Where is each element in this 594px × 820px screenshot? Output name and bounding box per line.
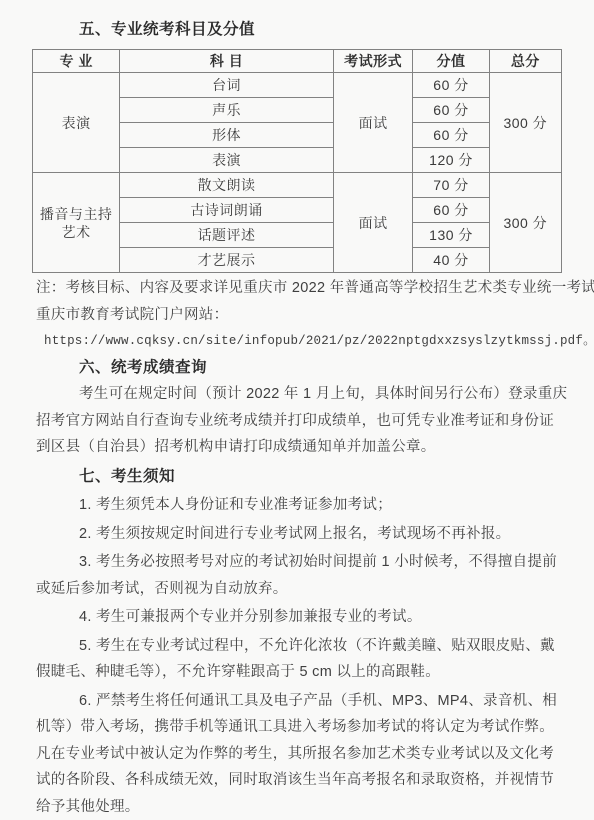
score-cell: 130 分	[413, 223, 489, 248]
total-score-cell: 300 分	[489, 73, 561, 173]
notice-item: 3. 考生务必按照考号对应的考试初始时间提前 1 小时候考，不得擅自提前或延后参…	[36, 549, 562, 602]
text-line: 考生可在规定时间（预计 2022 年 1 月上旬，具体时间另行公布）登录重庆	[36, 381, 562, 408]
major-cell: 播音与主持 艺术	[33, 173, 120, 273]
table-row: 播音与主持 艺术散文朗读面试70 分300 分	[33, 173, 562, 198]
section5-heading: 五、专业统考科目及分值	[36, 18, 562, 42]
score-cell: 70 分	[413, 173, 489, 198]
text-line: 凡在专业考试中被认定为作弊的考生，其所报名参加艺术类专业考试以及文化考	[36, 741, 562, 768]
exam-form-cell: 面试	[333, 173, 413, 273]
note-url-text: https://www.cqksy.cn/site/infopub/2021/p…	[36, 328, 562, 355]
score-cell: 40 分	[413, 248, 489, 273]
table-body: 表演台词面试60 分300 分声乐60 分形体60 分表演120 分播音与主持 …	[33, 73, 562, 273]
table-row: 表演台词面试60 分300 分	[33, 73, 562, 98]
document-page: 五、专业统考科目及分值 专 业科 目考试形式分值总分 表演台词面试60 分300…	[0, 0, 594, 820]
exam-form-cell: 面试	[333, 73, 413, 173]
notice-item: 2. 考生须按规定时间进行专业考试网上报名，考试现场不再补报。	[36, 521, 562, 548]
text-line: 到区县（自治县）招考机构申请打印成绩通知单并加盖公章。	[36, 434, 562, 461]
total-score-cell: 300 分	[489, 173, 561, 273]
table-col-header: 分值	[413, 50, 489, 73]
score-cell: 120 分	[413, 148, 489, 173]
table-col-header: 总分	[489, 50, 561, 73]
text-line: 试的各阶段、各科成绩无效，同时取消该生当年高考报名和录取资格，并视情节	[36, 767, 562, 794]
section7-heading: 七、考生须知	[36, 464, 562, 491]
subject-cell: 才艺展示	[120, 248, 333, 273]
text-line: 4. 考生可兼报两个专业并分别参加兼报专业的考试。	[36, 604, 562, 631]
notice-item: 6. 严禁考生将任何通讯工具及电子产品（手机、MP3、MP4、录音机、相机等）带…	[36, 688, 562, 820]
text-line: 假睫毛、种睫毛等），不允许穿鞋跟高于 5 cm 以上的高跟鞋。	[36, 659, 562, 686]
text-line: 重庆市教育考试院门户网站：	[36, 302, 562, 329]
subject-cell: 台词	[120, 73, 333, 98]
score-cell: 60 分	[413, 123, 489, 148]
table-col-header: 专 业	[33, 50, 120, 73]
subject-cell: 声乐	[120, 98, 333, 123]
text-line: 1. 考生须凭本人身份证和专业准考证参加考试；	[36, 492, 562, 519]
notice-list: 1. 考生须凭本人身份证和专业准考证参加考试；2. 考生须按规定时间进行专业考试…	[36, 492, 562, 820]
exam-subjects-table: 专 业科 目考试形式分值总分 表演台词面试60 分300 分声乐60 分形体60…	[32, 49, 562, 273]
major-cell: 表演	[33, 73, 120, 173]
text-line: 给予其他处理。	[36, 794, 562, 820]
subject-cell: 表演	[120, 148, 333, 173]
score-cell: 60 分	[413, 198, 489, 223]
subject-cell: 散文朗读	[120, 173, 333, 198]
subject-cell: 话题评述	[120, 223, 333, 248]
note-paragraph: 注：考核目标、内容及要求详见重庆市 2022 年普通高等学校招生艺术类专业统一考…	[36, 275, 562, 328]
text-line: 或延后参加考试，否则视为自动放弃。	[36, 576, 562, 603]
text-line: 机等）带入考场，携带手机等通讯工具进入考场参加考试的将认定为考试作弊。	[36, 714, 562, 741]
text-line: 2. 考生须按规定时间进行专业考试网上报名，考试现场不再补报。	[36, 521, 562, 548]
notice-item: 5. 考生在专业考试过程中，不允许化浓妆（不许戴美瞳、贴双眼皮贴、戴假睫毛、种睫…	[36, 633, 562, 686]
text-line: 注：考核目标、内容及要求详见重庆市 2022 年普通高等学校招生艺术类专业统一考…	[36, 275, 562, 302]
section6-paragraph: 考生可在规定时间（预计 2022 年 1 月上旬，具体时间另行公布）登录重庆招考…	[36, 381, 562, 461]
notice-item: 1. 考生须凭本人身份证和专业准考证参加考试；	[36, 492, 562, 519]
notice-item: 4. 考生可兼报两个专业并分别参加兼报专业的考试。	[36, 604, 562, 631]
subject-cell: 古诗词朗诵	[120, 198, 333, 223]
section6-heading: 六、统考成绩查询	[36, 355, 562, 382]
score-cell: 60 分	[413, 98, 489, 123]
text-line: 6. 严禁考生将任何通讯工具及电子产品（手机、MP3、MP4、录音机、相	[36, 688, 562, 715]
subject-cell: 形体	[120, 123, 333, 148]
table-header-row: 专 业科 目考试形式分值总分	[33, 50, 562, 73]
text-line: 3. 考生务必按照考号对应的考试初始时间提前 1 小时候考，不得擅自提前	[36, 549, 562, 576]
text-line: 招考官方网站自行查询专业统考成绩并打印成绩单，也可凭专业准考证和身份证	[36, 408, 562, 435]
table-col-header: 科 目	[120, 50, 333, 73]
table-col-header: 考试形式	[333, 50, 413, 73]
score-cell: 60 分	[413, 73, 489, 98]
text-line: 5. 考生在专业考试过程中，不允许化浓妆（不许戴美瞳、贴双眼皮贴、戴	[36, 633, 562, 660]
